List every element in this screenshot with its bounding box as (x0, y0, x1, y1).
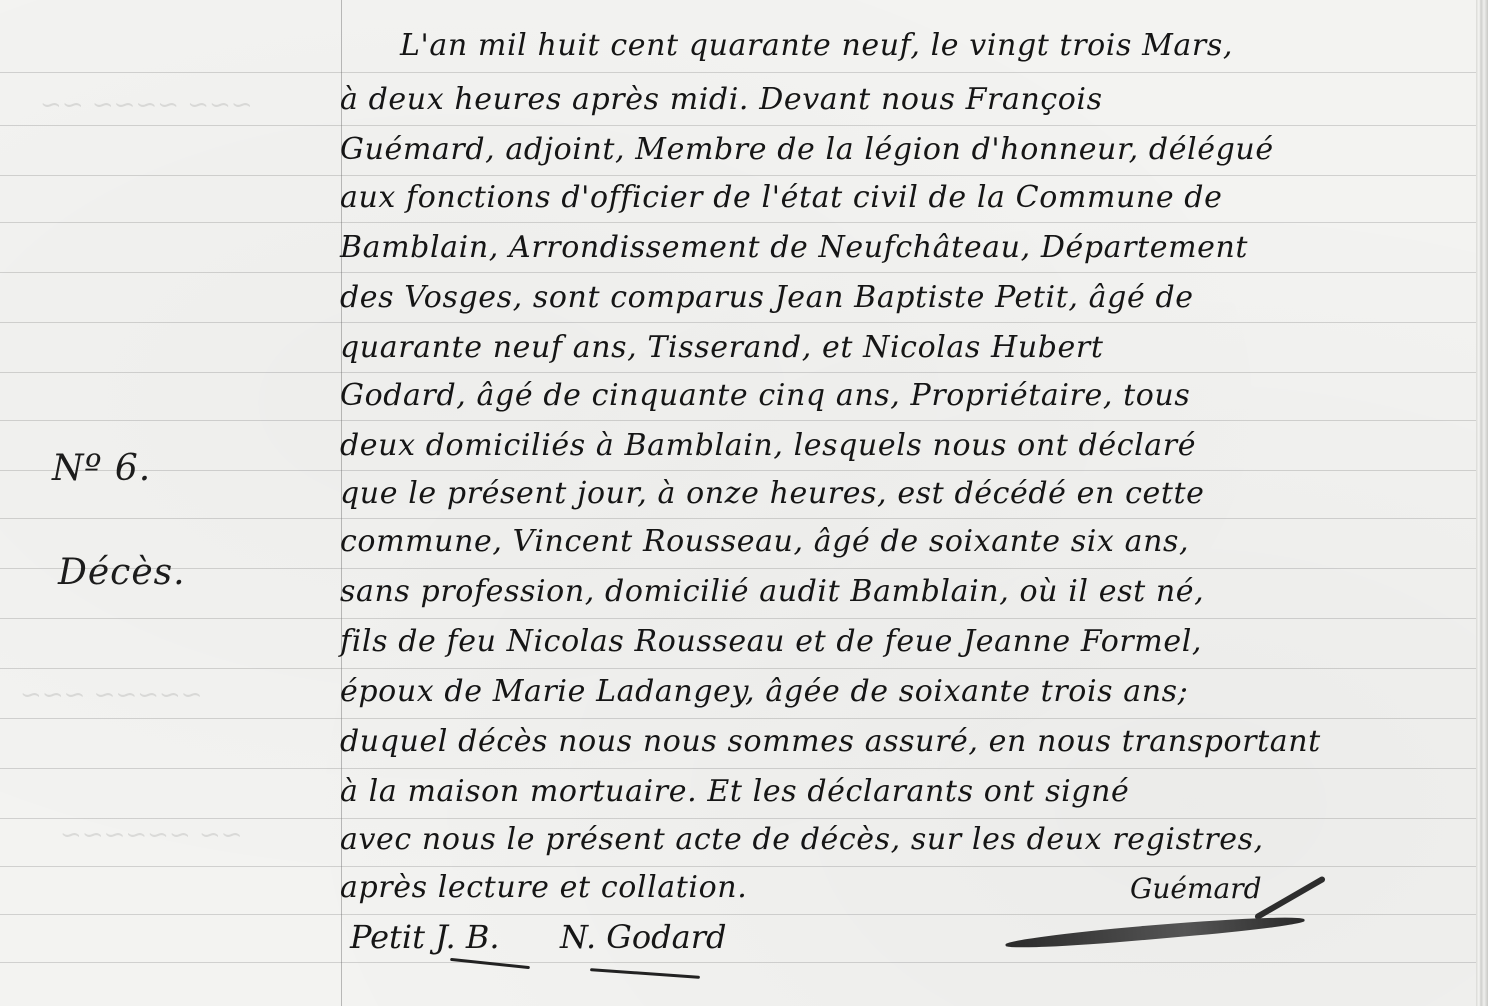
body-line: duquel décès nous nous sommes assuré, en… (340, 724, 1448, 759)
body-line: fils de feu Nicolas Rousseau et de feue … (340, 624, 1448, 659)
body-line: quarante neuf ans, Tisserand, et Nicolas… (340, 330, 1448, 365)
bleed-through-text: ~~~ ~~~~ ~~ (40, 90, 253, 120)
record-number: Nº 6. (52, 448, 151, 489)
signature-flourish (590, 968, 700, 979)
signature-paraph-stroke (1005, 912, 1305, 952)
body-line: des Vosges, sont comparus Jean Baptiste … (340, 280, 1448, 315)
scanned-register-page: ~~~ ~~~~ ~~ ~~~~~ ~~~ ~~ ~~~~~~ Nº 6. Dé… (0, 0, 1488, 1006)
body-line: à deux heures après midi. Devant nous Fr… (340, 82, 1448, 117)
body-line: Bamblain, Arrondissement de Neufchâteau,… (340, 230, 1448, 265)
body-line: sans profession, domicilié audit Bamblai… (340, 574, 1448, 609)
signature-flourish (450, 958, 530, 969)
body-line: que le présent jour, à onze heures, est … (340, 476, 1448, 511)
record-type: Décès. (58, 552, 186, 593)
body-line: aux fonctions d'officier de l'état civil… (340, 180, 1448, 215)
signature-officer: Guémard (1130, 872, 1262, 905)
bleed-through-text: ~~ ~~~~~~ (60, 820, 243, 850)
body-line: L'an mil huit cent quarante neuf, le vin… (400, 28, 1448, 63)
signature-declarant-1: Petit J. B. (350, 918, 500, 956)
signature-declarant-2: N. Godard (560, 918, 726, 956)
body-line: époux de Marie Ladangey, âgée de soixant… (340, 674, 1448, 709)
body-line: à la maison mortuaire. Et les déclarants… (340, 774, 1448, 809)
bleed-through-text: ~~~~~ ~~~ (20, 680, 203, 710)
body-line: Godard, âgé de cinquante cinq ans, Propr… (340, 378, 1448, 413)
body-line: avec nous le présent acte de décès, sur … (340, 822, 1448, 857)
body-line: deux domiciliés à Bamblain, lesquels nou… (340, 428, 1448, 463)
body-line: commune, Vincent Rousseau, âgé de soixan… (340, 524, 1448, 559)
binding-edge (1476, 0, 1488, 1006)
body-line: Guémard, adjoint, Membre de la légion d'… (340, 132, 1448, 167)
